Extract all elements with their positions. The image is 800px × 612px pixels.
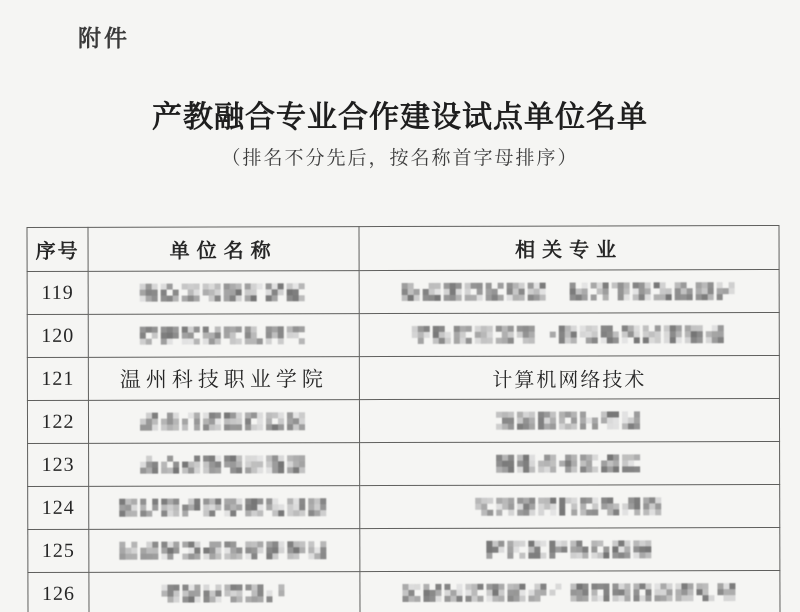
redacted-unit-name <box>119 540 329 562</box>
scanned-document-page: 附件 产教融合专业合作建设试点单位名单 （排名不分先后，按名称首字母排序） 序号… <box>0 0 800 612</box>
unit-name-cell <box>88 271 359 315</box>
row-number-cell: 125 <box>28 529 89 572</box>
unit-name-cell <box>89 443 360 487</box>
table-row: 124 <box>28 485 780 530</box>
table-row: 122 <box>27 399 779 444</box>
row-number-cell: 122 <box>27 400 88 443</box>
related-majors-cell <box>360 528 780 572</box>
table-body: 119120121温州科技职业学院计算机网络技术122123124125126 <box>27 270 780 612</box>
row-number-cell: 123 <box>28 443 89 486</box>
redacted-majors <box>401 281 737 303</box>
table-row: 123 <box>28 442 780 487</box>
table-header: 序号 单位名称 相关专业 <box>27 226 779 272</box>
redacted-majors <box>412 324 727 346</box>
unit-name-cell <box>88 400 359 444</box>
header-序号: 序号 <box>27 227 88 271</box>
header-相关专业: 相关专业 <box>359 226 779 271</box>
related-majors-cell <box>359 313 779 357</box>
table-header-row: 序号 单位名称 相关专业 <box>27 226 779 272</box>
unit-name-text: 温州科技职业学院 <box>120 367 328 392</box>
unit-name-cell <box>89 529 360 573</box>
document-title: 产教融合专业合作建设试点单位名单 <box>0 92 800 136</box>
redacted-majors <box>486 539 654 560</box>
table-row: 125 <box>28 528 780 573</box>
related-majors-cell <box>360 485 780 529</box>
attachment-label: 附件 <box>78 20 130 53</box>
redacted-majors <box>496 453 643 474</box>
redacted-unit-name <box>161 583 287 604</box>
related-majors-text: 计算机网络技术 <box>492 369 646 391</box>
row-number-cell: 119 <box>27 271 88 314</box>
related-majors-cell <box>359 270 779 314</box>
redacted-majors <box>402 582 738 604</box>
table-row: 121温州科技职业学院计算机网络技术 <box>27 356 779 401</box>
redacted-majors <box>496 410 643 431</box>
unit-name-cell <box>89 486 360 530</box>
related-majors-cell <box>359 399 779 443</box>
document-subtitle: （排名不分先后，按名称首字母排序） <box>0 143 800 170</box>
table-row: 120 <box>27 313 779 358</box>
unit-name-cell <box>89 572 360 612</box>
unit-name-cell: 温州科技职业学院 <box>88 357 359 401</box>
unit-name-cell <box>88 314 359 358</box>
redacted-majors <box>475 496 664 517</box>
redacted-unit-name <box>119 497 329 519</box>
redacted-unit-name <box>140 454 308 475</box>
header-单位名称: 单位名称 <box>88 227 359 272</box>
redacted-unit-name <box>140 282 308 303</box>
related-majors-cell: 计算机网络技术 <box>359 356 779 400</box>
redacted-unit-name <box>140 325 308 346</box>
redacted-unit-name <box>140 411 308 432</box>
table-row: 126 <box>28 571 780 612</box>
pilot-units-table: 序号 单位名称 相关专业 119120121温州科技职业学院计算机网络技术122… <box>26 225 780 612</box>
row-number-cell: 126 <box>28 572 89 612</box>
row-number-cell: 121 <box>27 357 88 400</box>
row-number-cell: 120 <box>27 314 88 357</box>
related-majors-cell <box>360 442 780 486</box>
row-number-cell: 124 <box>28 486 89 529</box>
related-majors-cell <box>360 571 780 612</box>
table-row: 119 <box>27 270 779 315</box>
